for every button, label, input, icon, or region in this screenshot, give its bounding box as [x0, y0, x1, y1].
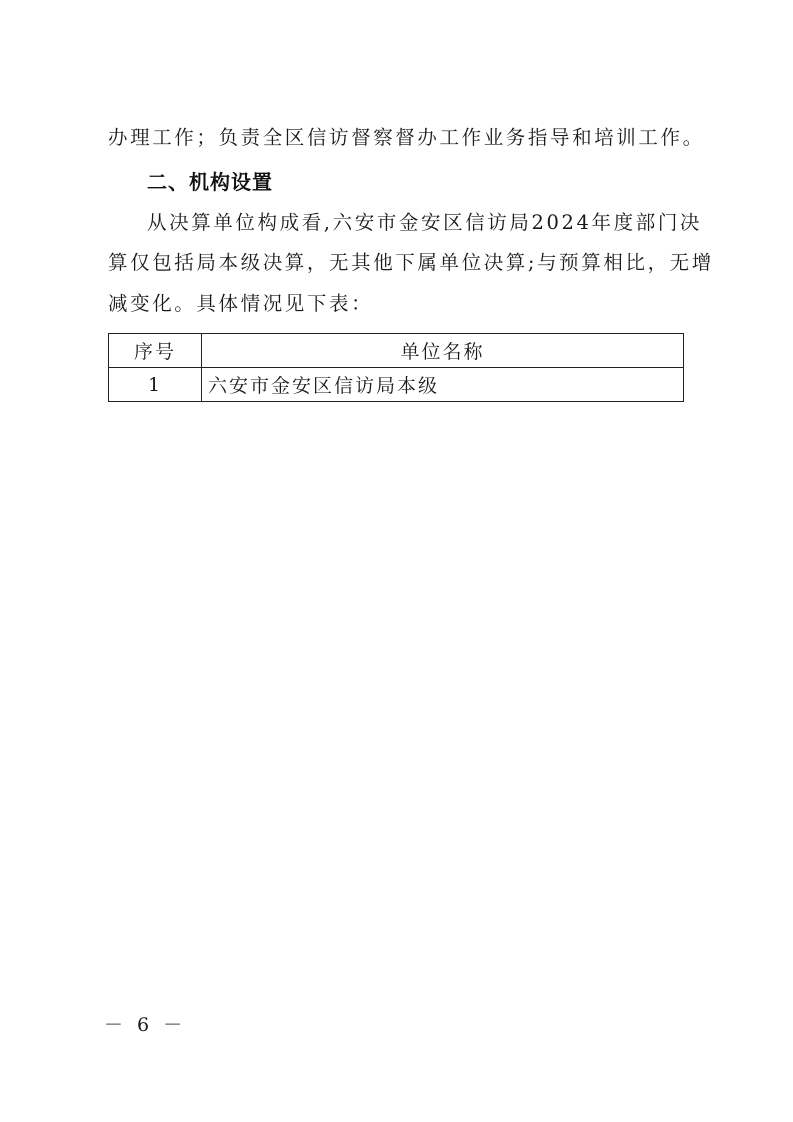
cell-unit-name: 六安市金安区信访局本级 — [202, 368, 684, 402]
paragraph-continuation: 办理工作；负责全区信访督察督办工作业务指导和培训工作。 — [108, 125, 705, 151]
paragraph-line-2: 算仅包括局本级决算，无其他下属单位决算;与预算相比，无增 — [108, 250, 714, 276]
paragraph-line-1: 从决算单位构成看,六安市金安区信访局2024年度部门决 — [147, 210, 702, 236]
table-row: 1 六安市金安区信访局本级 — [109, 368, 684, 402]
header-unit-name: 单位名称 — [202, 334, 684, 368]
header-serial-number: 序号 — [109, 334, 202, 368]
section-heading: 二、机构设置 — [147, 169, 273, 195]
cell-serial-number: 1 — [109, 368, 202, 402]
page-number: － 6 － — [104, 1010, 186, 1037]
paragraph-line-3: 减变化。具体情况见下表： — [108, 291, 373, 317]
table-header-row: 序号 单位名称 — [109, 334, 684, 368]
unit-table: 序号 单位名称 1 六安市金安区信访局本级 — [108, 333, 684, 402]
